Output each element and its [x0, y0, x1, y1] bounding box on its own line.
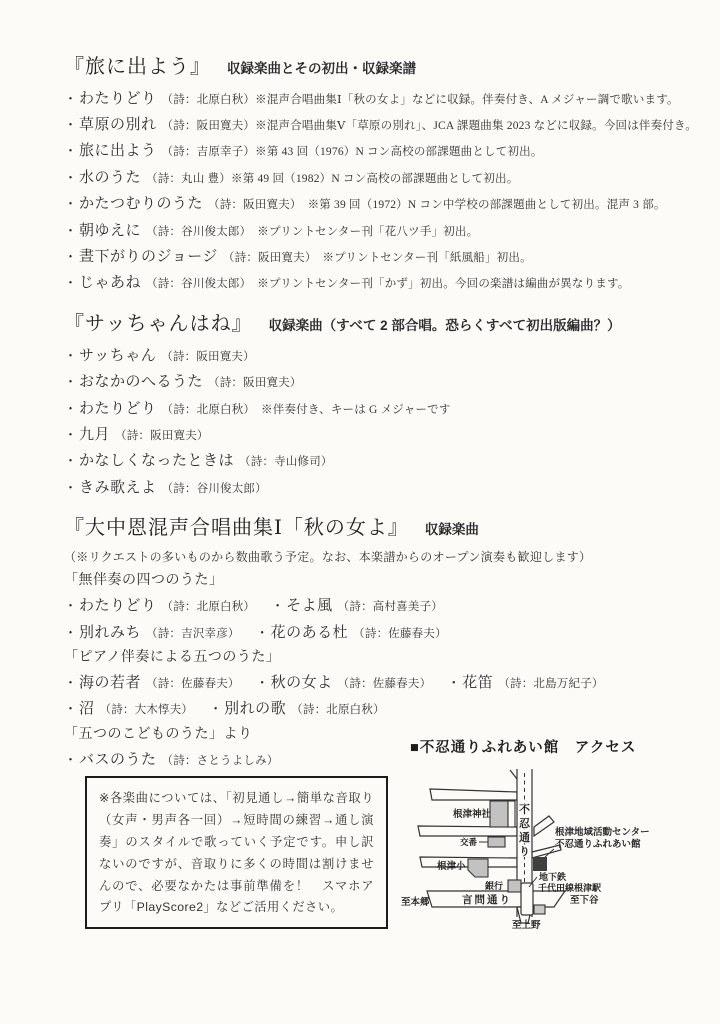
- bullet-mark: ・: [64, 114, 77, 133]
- bullet-mark: ・: [209, 698, 222, 717]
- section-subtitle: 収録楽曲（すべて 2 部合唱。恐らくすべて初出版編曲？）: [269, 318, 621, 333]
- song-note: （詩：阪田寛夫）: [208, 374, 302, 390]
- song-item: ・朝ゆえに（詩：谷川俊太郎） ※プリントセンター刊「花八ツ手」初出。: [64, 219, 478, 240]
- road-second-right: [534, 816, 554, 836]
- map-label-to-ueno: 至上野: [512, 919, 541, 931]
- section-note: （※リクエストの多いものから数曲歌う予定。なお、本楽譜からのオープン演奏も歓迎し…: [64, 545, 698, 567]
- song-line: ・じゃあね（詩：谷川俊太郎） ※プリントセンター刊「かず」初出。今回の楽譜は編曲…: [64, 269, 698, 295]
- group-heading: 「無伴奏の四つのうた」: [64, 567, 698, 591]
- song-name: サッちゃん: [79, 344, 156, 365]
- song-name: 朝ゆえに: [79, 219, 141, 240]
- section-title-row: 『旅に出よう』収録楽曲とその初出・収録楽譜: [64, 50, 698, 78]
- building-nezu-elementary: [468, 859, 488, 877]
- song-line: ・わたりどり（詩：北原白秋） ※伴奏付き、キーは G メジャーです: [64, 394, 698, 420]
- section-subtitle: 収録楽曲とその初出・収録楽譜: [227, 61, 416, 76]
- song-name: 水のうた: [79, 166, 141, 187]
- building-nezu-shrine: [490, 801, 508, 827]
- nezu-station-box: [521, 883, 533, 915]
- song-note: （詩：阪田寛夫） ※第 39 回（1972）N コン中学校の部課題曲として初出。…: [208, 196, 666, 212]
- bullet-mark: ・: [271, 595, 284, 614]
- song-item: ・別れみち（詩：吉沢幸彦）: [64, 621, 240, 642]
- song-item: ・バスのうた（詩：さとうよしみ）: [64, 748, 279, 769]
- song-name: バスのうた: [79, 748, 157, 769]
- section-title-row: 『サッちゃんはね』収録楽曲（すべて 2 部合唱。恐らくすべて初出版編曲？）: [64, 307, 698, 335]
- group-heading: 「ピアノ伴奏による五つのうた」: [64, 644, 698, 668]
- song-line: ・かなしくなったときは（詩：寺山修司）: [64, 447, 698, 473]
- section-1: 『サッちゃんはね』収録楽曲（すべて 2 部合唱。恐らくすべて初出版編曲？）・サッ…: [64, 307, 698, 499]
- bullet-mark: ・: [64, 193, 77, 212]
- bullet-mark: ・: [64, 450, 77, 469]
- song-line: ・草原の別れ（詩：阪田寛夫）※混声合唱曲集Ⅴ「草原の別れ」、JCA 課題曲集 2…: [64, 110, 698, 136]
- section-2: 『大中恩混声合唱曲集Ⅰ「秋の女よ』収録楽曲（※リクエストの多いものから数曲歌う予…: [64, 511, 698, 771]
- map-label-to-shitaya: 至下谷: [570, 894, 599, 906]
- song-item: ・そよ風（詩：高村喜美子）: [271, 594, 443, 615]
- bullet-mark: ・: [64, 595, 77, 614]
- building-koban: [488, 837, 505, 847]
- access-map-block: ■不忍通りふれあい館 アクセス: [398, 736, 720, 935]
- song-item: ・沼（詩：大木惇夫）: [64, 697, 193, 718]
- song-line: ・きみ歌えよ（詩：谷川俊太郎）: [64, 473, 698, 499]
- bullet-mark: ・: [64, 477, 77, 496]
- bullet-mark: ・: [64, 140, 77, 159]
- song-name: 別れみち: [79, 621, 141, 642]
- bullet-mark: ・: [64, 345, 77, 364]
- document-body: 『旅に出よう』収録楽曲とその初出・収録楽譜・わたりどり（詩：北原白秋）※混声合唱…: [64, 50, 698, 783]
- song-item: ・水のうた（詩：丸山 豊）※第 49 回（1982）N コン高校の部課題曲として…: [64, 166, 518, 187]
- bullet-mark: ・: [64, 398, 77, 417]
- song-name: 別れの歌: [224, 697, 286, 718]
- bullet-mark: ・: [256, 672, 269, 691]
- song-name: わたりどり: [79, 87, 157, 108]
- song-item: ・別れの歌（詩：北原白秋）: [209, 697, 385, 718]
- avenue-top-flare: [510, 770, 517, 779]
- song-note: （詩：阪田寛夫）※混声合唱曲集Ⅴ「草原の別れ」、JCA 課題曲集 2023 など…: [162, 117, 697, 133]
- song-line: ・おなかのへるうた（詩：阪田寛夫）: [64, 368, 698, 394]
- section-0: 『旅に出よう』収録楽曲とその初出・収録楽譜・わたりどり（詩：北原白秋）※混声合唱…: [64, 50, 698, 295]
- song-item: ・九月（詩：阪田寛夫）: [64, 423, 209, 444]
- song-item: ・じゃあね（詩：谷川俊太郎） ※プリントセンター刊「かず」初出。今回の楽譜は編曲…: [64, 271, 630, 292]
- song-name: 花笛: [462, 671, 493, 692]
- bullet-mark: ・: [447, 672, 460, 691]
- map-label-center-line2: 不忍通りふれあい館: [555, 838, 641, 850]
- song-line: ・九月（詩：阪田寛夫）: [64, 420, 698, 446]
- song-note: （詩：丸山 豊）※第 49 回（1982）N コン高校の部課題曲として初出。: [146, 170, 518, 186]
- bullet-mark: ・: [64, 424, 77, 443]
- song-line: ・別れみち（詩：吉沢幸彦）・花のある杜（詩：佐藤春夫）: [64, 618, 698, 644]
- song-name: わたりどり: [79, 397, 157, 418]
- song-item: ・草原の別れ（詩：阪田寛夫）※混声合唱曲集Ⅴ「草原の別れ」、JCA 課題曲集 2…: [64, 113, 697, 134]
- bullet-mark: ・: [64, 272, 77, 291]
- building-fureai-hall: [533, 857, 547, 871]
- song-item: ・花笛（詩：北島万紀子）: [447, 671, 603, 692]
- song-name: 花のある杜: [271, 621, 349, 642]
- song-note: （詩：北島万紀子）: [498, 675, 603, 691]
- bullet-mark: ・: [64, 672, 77, 691]
- song-name: わたりどり: [79, 594, 157, 615]
- access-map-heading: ■不忍通りふれあい館 アクセス: [398, 736, 720, 758]
- song-item: ・おなかのへるうた（詩：阪田寛夫）: [64, 370, 302, 391]
- map-label-bank: 銀行: [485, 880, 503, 891]
- song-note: （詩：佐藤春夫）: [353, 625, 447, 641]
- song-note: （詩：谷川俊太郎） ※プリントセンター刊「かず」初出。今回の楽譜は編曲が異なりま…: [146, 275, 629, 291]
- song-name: 旅に出よう: [79, 139, 157, 160]
- song-name: 海の若者: [79, 671, 141, 692]
- section-title: 『サッちゃんはね』: [64, 313, 253, 335]
- song-note: （詩：寺山修司）: [239, 453, 333, 469]
- song-name: かたつむりのうた: [79, 192, 203, 213]
- map-label-kototoi: 言問通り: [462, 893, 512, 906]
- song-item: ・サッちゃん（詩：阪田寛夫）: [64, 344, 255, 365]
- map-label-to-hongo: 至本郷: [401, 896, 430, 908]
- scanned-page: 『旅に出よう』収録楽曲とその初出・収録楽譜・わたりどり（詩：北原白秋）※混声合唱…: [0, 0, 720, 1024]
- section-subtitle: 収録楽曲: [425, 522, 479, 537]
- song-note: （詩：吉沢幸彦）: [146, 625, 240, 641]
- notice-text: ※各楽曲については、「初見通し→簡単な音取り（女声・男声各一回）→短時間の練習→…: [99, 791, 374, 914]
- map-label-school: 根津小: [437, 860, 466, 872]
- notice-box: ※各楽曲については、「初見通し→簡単な音取り（女声・男声各一回）→短時間の練習→…: [85, 776, 388, 929]
- section-title: 『大中恩混声合唱曲集Ⅰ「秋の女よ』: [64, 517, 409, 539]
- song-line: ・晝下がりのジョージ（詩：阪田寛夫） ※プリントセンター刊「紙風船」初出。: [64, 242, 698, 268]
- song-line: ・わたりどり（詩：北原白秋）・そよ風（詩：高村喜美子）: [64, 591, 698, 617]
- bullet-mark: ・: [64, 167, 77, 186]
- song-note: （詩：北原白秋） ※伴奏付き、キーは G メジャーです: [162, 401, 451, 417]
- building-corner-small: [534, 905, 545, 914]
- song-item: ・花のある杜（詩：佐藤春夫）: [256, 621, 447, 642]
- bullet-mark: ・: [64, 371, 77, 390]
- song-note: （詩：北原白秋）: [291, 701, 385, 717]
- map-label-koban: 交番: [460, 837, 478, 847]
- song-item: ・きみ歌えよ（詩：谷川俊太郎）: [64, 476, 267, 497]
- song-note: （詩：佐藤春夫）: [146, 675, 240, 691]
- bullet-mark: ・: [64, 246, 77, 265]
- building-nezu-shrine-annex: [508, 801, 515, 827]
- song-note: （詩：谷川俊太郎）: [162, 480, 267, 496]
- song-line: ・朝ゆえに（詩：谷川俊太郎） ※プリントセンター刊「花八ツ手」初出。: [64, 216, 698, 242]
- song-note: （詩：阪田寛夫）: [115, 427, 209, 443]
- map-label-center-line1: 根津地域活動センター: [555, 826, 650, 838]
- song-note: （詩：大木惇夫）: [100, 701, 194, 717]
- song-item: ・わたりどり（詩：北原白秋）※混声合唱曲集Ⅰ「秋の女よ」などに収録。伴奏付き、A…: [64, 87, 679, 108]
- song-item: ・海の若者（詩：佐藤春夫）: [64, 671, 240, 692]
- song-note: （詩：阪田寛夫）: [161, 348, 255, 364]
- building-bank: [508, 880, 521, 892]
- song-name: きみ歌えよ: [79, 476, 157, 497]
- song-name: おなかのへるうた: [79, 370, 203, 391]
- bullet-mark: ・: [256, 622, 269, 641]
- bullet-mark: ・: [64, 622, 77, 641]
- song-line: ・かたつむりのうた（詩：阪田寛夫） ※第 39 回（1972）N コン中学校の部…: [64, 190, 698, 216]
- song-name: 草原の別れ: [79, 113, 157, 134]
- song-name: かなしくなったときは: [79, 449, 234, 470]
- song-note: （詩：佐藤春夫）: [338, 675, 432, 691]
- song-item: ・旅に出よう（詩：吉原幸子）※第 43 回（1976）N コン高校の部課題曲とし…: [64, 139, 543, 160]
- song-name: そよ風: [286, 594, 333, 615]
- song-item: ・かたつむりのうた（詩：阪田寛夫） ※第 39 回（1972）N コン中学校の部…: [64, 192, 666, 213]
- song-item: ・かなしくなったときは（詩：寺山修司）: [64, 449, 333, 470]
- song-item: ・晝下がりのジョージ（詩：阪田寛夫） ※プリントセンター刊「紙風船」初出。: [64, 245, 532, 266]
- bullet-mark: ・: [64, 698, 77, 717]
- song-item: ・わたりどり（詩：北原白秋） ※伴奏付き、キーは G メジャーです: [64, 397, 451, 418]
- section-title-row: 『大中恩混声合唱曲集Ⅰ「秋の女よ』収録楽曲: [64, 511, 698, 539]
- song-note: （詩：谷川俊太郎） ※プリントセンター刊「花八ツ手」初出。: [146, 223, 478, 239]
- road-top: [430, 789, 517, 800]
- song-line: ・サッちゃん（詩：阪田寛夫）: [64, 341, 698, 367]
- song-item: ・わたりどり（詩：北原白秋）: [64, 594, 255, 615]
- song-name: 晝下がりのジョージ: [79, 245, 218, 266]
- song-note: （詩：高村喜美子）: [338, 598, 443, 614]
- map-label-shrine: 根津神社: [453, 808, 492, 820]
- song-name: 秋の女よ: [271, 671, 333, 692]
- song-name: 沼: [79, 697, 95, 718]
- map-label-subway-line1: 地下鉄: [539, 871, 567, 882]
- song-note: （詩：北原白秋）※混声合唱曲集Ⅰ「秋の女よ」などに収録。伴奏付き、A メジャー調…: [162, 91, 679, 107]
- access-map: 根津神社 不忍通り 交番 根津地域活動センター 不忍通りふれあい館 根津小 銀行…: [398, 763, 720, 935]
- song-note: （詩：さとうよしみ）: [162, 752, 279, 768]
- song-name: じゃあね: [79, 271, 141, 292]
- bullet-mark: ・: [64, 88, 77, 107]
- song-note: （詩：北原白秋）: [162, 598, 256, 614]
- song-note: （詩：吉原幸子）※第 43 回（1976）N コン高校の部課題曲として初出。: [162, 143, 543, 159]
- section-title: 『旅に出よう』: [64, 56, 211, 78]
- song-name: 九月: [79, 423, 110, 444]
- song-line: ・旅に出よう（詩：吉原幸子）※第 43 回（1976）N コン高校の部課題曲とし…: [64, 137, 698, 163]
- map-label-subway-line2: 千代田線根津駅: [538, 882, 601, 893]
- song-line: ・水のうた（詩：丸山 豊）※第 49 回（1982）N コン高校の部課題曲として…: [64, 163, 698, 189]
- bullet-mark: ・: [64, 749, 77, 768]
- song-note: （詩：阪田寛夫） ※プリントセンター刊「紙風船」初出。: [223, 249, 532, 265]
- song-item: ・秋の女よ（詩：佐藤春夫）: [256, 671, 432, 692]
- song-line: ・沼（詩：大木惇夫）・別れの歌（詩：北原白秋）: [64, 695, 698, 721]
- song-line: ・わたりどり（詩：北原白秋）※混声合唱曲集Ⅰ「秋の女よ」などに収録。伴奏付き、A…: [64, 84, 698, 110]
- song-line: ・海の若者（詩：佐藤春夫）・秋の女よ（詩：佐藤春夫）・花笛（詩：北島万紀子）: [64, 668, 698, 694]
- bullet-mark: ・: [64, 220, 77, 239]
